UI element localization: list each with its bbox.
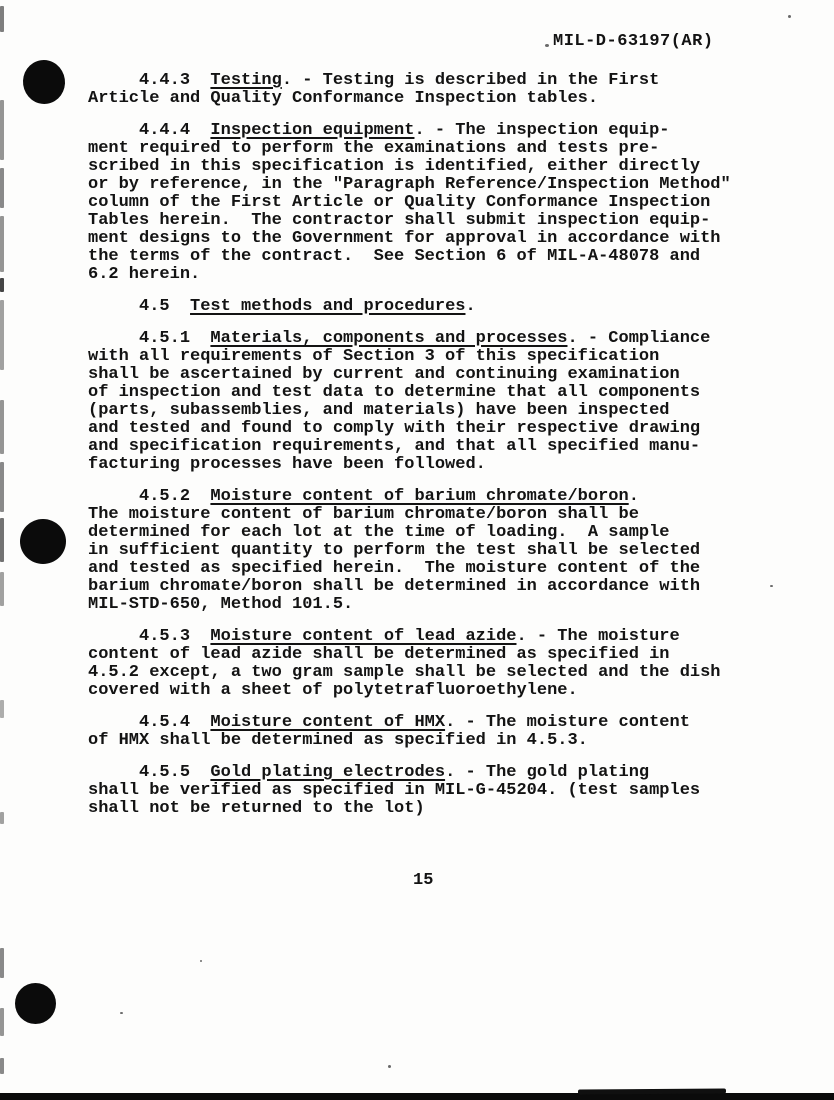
scan-artifact <box>0 168 4 208</box>
paragraph-text: . - The moisture content <box>445 713 690 732</box>
paragraph-line: of HMX shall be determined as specified … <box>88 732 731 750</box>
paragraph-line: and tested as specified herein. The mois… <box>88 560 731 578</box>
scan-artifact <box>0 518 4 562</box>
section-number: 4.4.3 <box>88 71 210 90</box>
section-number: 4.5.3 <box>88 627 210 646</box>
section-number: 4.5.1 <box>88 329 210 348</box>
scan-artifact <box>0 700 4 718</box>
section-heading: Moisture content of HMX <box>210 713 445 732</box>
paragraph-line: barium chromate/boron shall be determine… <box>88 578 731 596</box>
section-number: 4.4.4 <box>88 121 210 140</box>
scan-artifact <box>0 948 4 978</box>
section-heading: Moisture content of lead azide <box>210 627 516 646</box>
paragraph-line: and tested and found to comply with thei… <box>88 420 731 438</box>
paragraph-line: with all requirements of Section 3 of th… <box>88 348 731 366</box>
document-id-header: MIL-D-63197(AR) <box>553 32 714 51</box>
paragraph-line: determined for each lot at the time of l… <box>88 524 731 542</box>
paragraph-line: ment designs to the Government for appro… <box>88 230 731 248</box>
dust-speck <box>770 585 773 587</box>
section-heading: Inspection equipment <box>210 121 414 140</box>
section-number: 4.5 <box>88 297 190 316</box>
paragraph-line: Tables herein. The contractor shall subm… <box>88 212 731 230</box>
paragraph-line: shall be ascertained by current and cont… <box>88 366 731 384</box>
paragraph-4.4.4: 4.4.4 Inspection equipment. - The inspec… <box>88 122 731 284</box>
paragraph-line: facturing processes have been followed. <box>88 456 731 474</box>
paragraph-text: . <box>465 297 475 316</box>
paragraph-line: The moisture content of barium chromate/… <box>88 506 731 524</box>
paragraph-line: 6.2 herein. <box>88 266 731 284</box>
paragraph-line: (parts, subassemblies, and materials) ha… <box>88 402 731 420</box>
section-heading: Testing <box>210 71 281 90</box>
hole-punch-bottom-icon <box>15 983 56 1024</box>
paragraph-first-line: 4.5.1 Materials, components and processe… <box>88 330 731 348</box>
section-number: 4.5.5 <box>88 763 210 782</box>
paragraph-text: . - The moisture <box>516 627 679 646</box>
paragraph-line: shall be verified as specified in MIL-G-… <box>88 782 731 800</box>
paragraph-first-line: 4.4.3 Testing. - Testing is described in… <box>88 72 731 90</box>
dust-speck <box>120 1012 123 1014</box>
section-heading: Materials, components and processes <box>210 329 567 348</box>
hole-punch-middle-icon <box>20 519 66 564</box>
section-heading: Moisture content of barium chromate/boro… <box>210 487 628 506</box>
scan-artifact <box>0 216 4 272</box>
section-heading: Test methods and procedures <box>190 297 465 316</box>
section-number: 4.5.4 <box>88 713 210 732</box>
paragraph-4.5: 4.5 Test methods and procedures. <box>88 298 731 316</box>
dust-speck <box>788 15 791 18</box>
paragraph-text: . - Compliance <box>567 329 710 348</box>
paragraph-text: . <box>629 487 639 506</box>
scan-artifact <box>0 100 4 160</box>
scan-artifact <box>0 1058 4 1074</box>
scan-artifact <box>0 572 4 606</box>
paragraph-first-line: 4.5.2 Moisture content of barium chromat… <box>88 488 731 506</box>
paragraph-first-line: 4.5 Test methods and procedures. <box>88 298 731 316</box>
paragraph-4.5.1: 4.5.1 Materials, components and processe… <box>88 330 731 474</box>
paragraph-line: or by reference, in the "Paragraph Refer… <box>88 176 731 194</box>
paragraph-4.5.5: 4.5.5 Gold plating electrodes. - The gol… <box>88 764 731 818</box>
paragraph-first-line: 4.4.4 Inspection equipment. - The inspec… <box>88 122 731 140</box>
paragraph-first-line: 4.5.5 Gold plating electrodes. - The gol… <box>88 764 731 782</box>
paragraph-line: in sufficient quantity to perform the te… <box>88 542 731 560</box>
dust-speck <box>388 1065 391 1068</box>
scan-artifact <box>0 1008 4 1036</box>
paragraph-first-line: 4.5.4 Moisture content of HMX. - The moi… <box>88 714 731 732</box>
paragraph-line: 4.5.2 except, a two gram sample shall be… <box>88 664 731 682</box>
paragraph-4.5.4: 4.5.4 Moisture content of HMX. - The moi… <box>88 714 731 750</box>
scan-artifact <box>0 462 4 512</box>
paragraph-line: ment required to perform the examination… <box>88 140 731 158</box>
paragraph-line: content of lead azide shall be determine… <box>88 646 731 664</box>
scan-artifact <box>0 812 4 824</box>
dust-speck <box>545 44 549 47</box>
paragraph-line: and specification requirements, and that… <box>88 438 731 456</box>
paragraph-line: Article and Quality Conformance Inspecti… <box>88 90 731 108</box>
page-number: 15 <box>413 871 433 890</box>
dust-speck <box>200 960 202 962</box>
scan-artifact <box>0 6 4 32</box>
paragraph-line: scribed in this specification is identif… <box>88 158 731 176</box>
hole-punch-top-icon <box>20 57 68 106</box>
scan-artifact <box>0 300 4 370</box>
paragraph-line: of inspection and test data to determine… <box>88 384 731 402</box>
scan-artifact <box>0 278 4 292</box>
scan-artifact <box>0 400 4 454</box>
section-number: 4.5.2 <box>88 487 210 506</box>
paragraph-line: the terms of the contract. See Section 6… <box>88 248 731 266</box>
paragraph-line: column of the First Article or Quality C… <box>88 194 731 212</box>
paragraph-text: . - Testing is described in the First <box>282 71 659 90</box>
paragraph-line: covered with a sheet of polytetrafluoroe… <box>88 682 731 700</box>
paragraph-4.5.2: 4.5.2 Moisture content of barium chromat… <box>88 488 731 614</box>
page-body: 4.4.3 Testing. - Testing is described in… <box>88 72 731 832</box>
paragraph-first-line: 4.5.3 Moisture content of lead azide. - … <box>88 628 731 646</box>
paragraph-text: . - The gold plating <box>445 763 649 782</box>
paragraph-line: shall not be returned to the lot) <box>88 800 731 818</box>
paragraph-4.5.3: 4.5.3 Moisture content of lead azide. - … <box>88 628 731 700</box>
scan-smudge <box>578 1088 726 1094</box>
paragraph-4.4.3: 4.4.3 Testing. - Testing is described in… <box>88 72 731 108</box>
document-page: MIL-D-63197(AR) 4.4.3 Testing. - Testing… <box>0 0 834 1100</box>
scan-bottom-edge-bar <box>0 1093 834 1100</box>
paragraph-line: MIL-STD-650, Method 101.5. <box>88 596 731 614</box>
section-heading: Gold plating electrodes <box>210 763 445 782</box>
paragraph-text: . - The inspection equip- <box>414 121 669 140</box>
